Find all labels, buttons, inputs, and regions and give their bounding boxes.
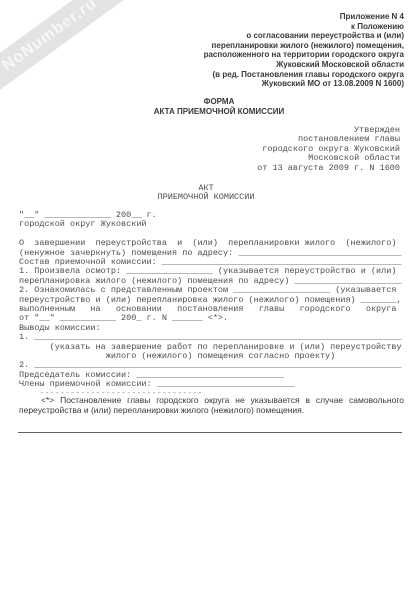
footnote-text: <*> Постановление главы городского округ…: [19, 395, 404, 415]
appendix-header-line: к Положению: [204, 22, 404, 32]
appendix-header-line: о согласовании переустройства и (или): [204, 31, 404, 41]
approval-block: Утвержденпостановлением главыгородского …: [257, 126, 400, 173]
watermark-text: NoNumber.ru: [0, 0, 101, 75]
form-title-line-2: АКТА ПРИЕМОЧНОЙ КОМИССИИ: [18, 107, 420, 117]
act-body: "__" _____________ 200__ г.городской окр…: [19, 211, 410, 390]
appendix-header: Приложение N 4к Положениюо согласовании …: [204, 12, 404, 89]
appendix-header-line: перепланировки жилого (нежилого) помещен…: [204, 41, 404, 51]
appendix-header-line: Жуковский МО от 13.08.2009 N 1600): [204, 79, 404, 89]
page-bottom-rule: [18, 432, 402, 433]
approval-line: от 13 августа 2009 г. N 1600: [257, 164, 400, 173]
act-title-line-2: ПРИЕМОЧНОЙ КОМИССИИ: [0, 193, 412, 202]
watermark-ribbon: NoNumber.ru: [0, 0, 144, 109]
appendix-header-line: Жуковский Московской области: [204, 60, 404, 70]
form-title: ФОРМА АКТА ПРИЕМОЧНОЙ КОМИССИИ: [18, 97, 420, 116]
appendix-header-line: расположенного на территории городского …: [204, 50, 404, 60]
act-title: АКТ ПРИЕМОЧНОЙ КОМИССИИ: [0, 184, 412, 203]
appendix-header-line: (в ред. Постановления главы городского о…: [204, 70, 404, 80]
form-title-line-1: ФОРМА: [18, 97, 420, 107]
act-body-line: городской округ Жуковский: [19, 220, 410, 229]
appendix-header-line: Приложение N 4: [204, 12, 404, 22]
document-page: NoNumber.ru Приложение N 4к Положениюо с…: [0, 0, 420, 600]
